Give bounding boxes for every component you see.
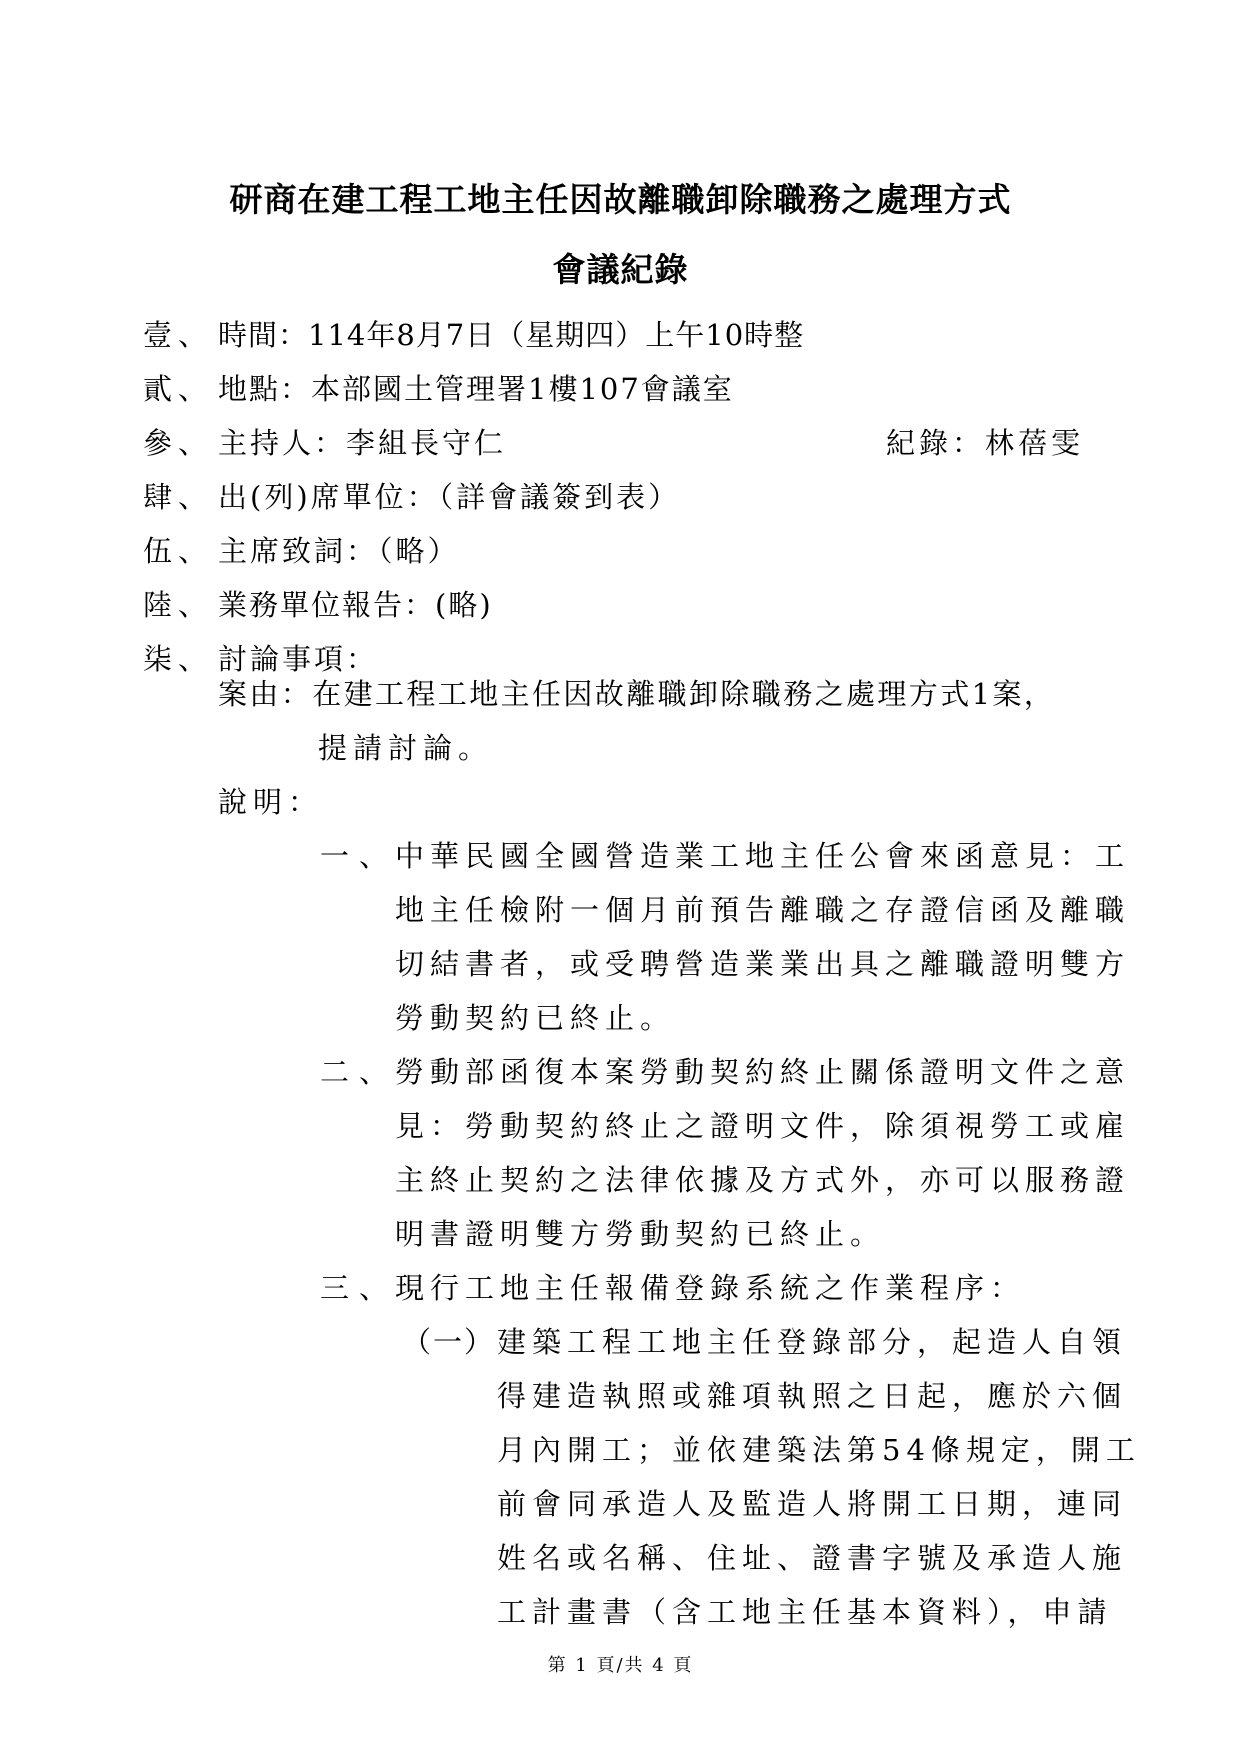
item-opening-remarks: 主席致詞：（略） (218, 531, 460, 571)
point-line: 切結書者，或受聘營造業業出具之離職證明雙方 (395, 944, 1130, 984)
case-line: 案由：在建工程工地主任因故離職卸除職務之處理方式1案， (218, 674, 1055, 714)
point-line: 勞動部函復本案勞動契約終止關係證明文件之意 (395, 1052, 1130, 1092)
item-unit-report: 業務單位報告：(略) (218, 585, 493, 625)
point-line: 中華民國全國營造業工地主任公會來函意見：工 (395, 836, 1130, 876)
point-num: 三、 (320, 1268, 398, 1308)
point-num: 一、 (320, 836, 398, 876)
subpoint-line: 工計畫書（含工地主任基本資料），申請 (497, 1592, 1113, 1632)
subpoint-line: 建築工程工地主任登錄部分，起造人自領 (497, 1322, 1127, 1362)
item-time: 時間：114年8月7日（星期四）上午10時整 (218, 315, 804, 355)
explanation-label: 說明： (218, 782, 323, 822)
item-num: 參、 (143, 423, 213, 463)
item-num: 陸、 (143, 585, 213, 625)
subpoint-line: 姓名或名稱、住址、證書字號及承造人施 (497, 1538, 1127, 1578)
point-line: 勞動契約已終止。 (395, 998, 675, 1038)
case-line: 提請討論。 (318, 728, 493, 768)
item-num: 貳、 (143, 369, 213, 409)
page-footer: 第 1 頁/共 4 頁 (0, 1651, 1241, 1677)
document-subtitle: 會議紀錄 (0, 244, 1241, 291)
item-num: 肆、 (143, 477, 213, 517)
point-num: 二、 (320, 1052, 398, 1092)
point-line: 見：勞動契約終止之證明文件，除須視勞工或雇 (395, 1106, 1130, 1146)
item-attendees: 出(列)席單位：（詳會議簽到表） (218, 477, 680, 517)
subpoint-line: 得建造執照或雜項執照之日起，應於六個 (497, 1376, 1127, 1416)
point-line: 主終止契約之法律依據及方式外，亦可以服務證 (395, 1160, 1130, 1200)
item-recorder: 紀錄：林蓓雯 (886, 423, 1084, 463)
item-num: 柒、 (143, 639, 213, 679)
item-num: 伍、 (143, 531, 213, 571)
subpoint-line: 前會同承造人及監造人將開工日期，連同 (497, 1484, 1127, 1524)
point-line: 現行工地主任報備登錄系統之作業程序： (395, 1268, 1025, 1308)
document-title: 研商在建工程工地主任因故離職卸除職務之處理方式 (0, 174, 1241, 221)
item-location: 地點：本部國土管理署1樓107會議室 (218, 369, 734, 409)
item-discussion: 討論事項： (218, 639, 378, 679)
item-chair: 主持人：李組長守仁 (218, 423, 506, 463)
subpoint-num: （一） (402, 1322, 495, 1362)
point-line: 地主任檢附一個月前預告離職之存證信函及離職 (395, 890, 1130, 930)
point-line: 明書證明雙方勞動契約已終止。 (395, 1214, 885, 1254)
item-num: 壹、 (143, 315, 213, 355)
subpoint-line: 月內開工；並依建築法第54條規定，開工 (497, 1430, 1141, 1470)
